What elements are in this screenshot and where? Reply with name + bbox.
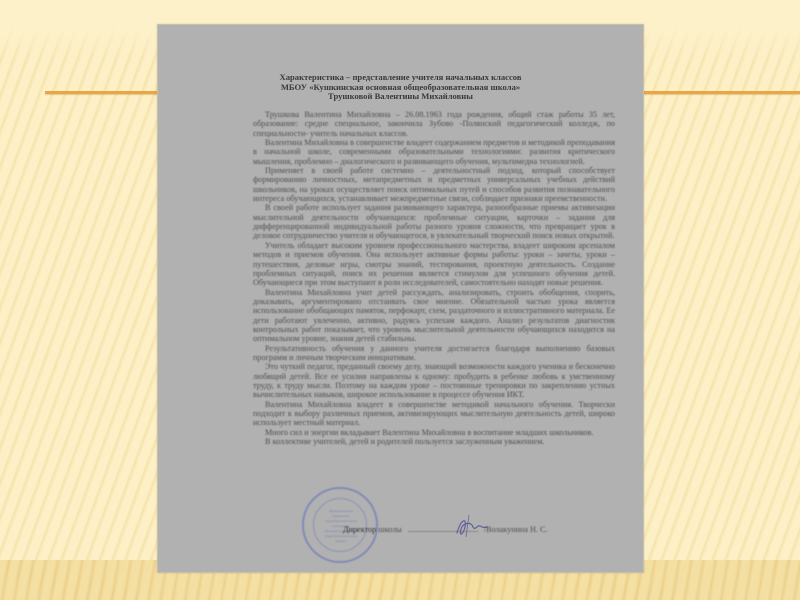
header-teacher-name: Трушковой Валентины Михайловны: [158, 92, 643, 102]
paragraph: Трушкова Валентина Михайловна – 26.08.19…: [253, 110, 615, 138]
signer-role-suffix: школы: [378, 525, 401, 534]
paragraph: В коллективе учителей, детей и родителей…: [253, 437, 615, 446]
paragraph: Много сил и энергии вкладывает Валентина…: [253, 428, 615, 437]
paragraph: Валентина Михайловна в совершенстве влад…: [253, 138, 615, 166]
paragraph: Это чуткий педагог, преданный своему дел…: [253, 362, 615, 399]
scanned-document: Характеристика – представление учителя н…: [157, 24, 644, 573]
signer-name: /Волакунина Н. С.: [484, 525, 548, 534]
document-header: Характеристика – представление учителя н…: [158, 73, 643, 102]
accent-line-left: [45, 91, 160, 94]
paragraph: Валентина Михайловна учит детей рассужда…: [253, 288, 615, 344]
paragraph: Результативность обучения у данного учит…: [253, 344, 615, 363]
paragraph: Валентина Михайловна владеет в совершенс…: [253, 400, 615, 428]
accent-line-right: [640, 91, 800, 94]
document-body: Трушкова Валентина Михайловна – 26.08.19…: [253, 110, 615, 446]
paragraph: Учитель обладает высоким уровнем професс…: [253, 241, 615, 288]
handwritten-signature-icon: [453, 513, 489, 539]
signer-role-prefix: Директор: [343, 525, 376, 534]
paragraph: В своей работе использует задания развив…: [253, 203, 615, 240]
paragraph: Применяет в своей работе системно – деят…: [253, 166, 615, 203]
